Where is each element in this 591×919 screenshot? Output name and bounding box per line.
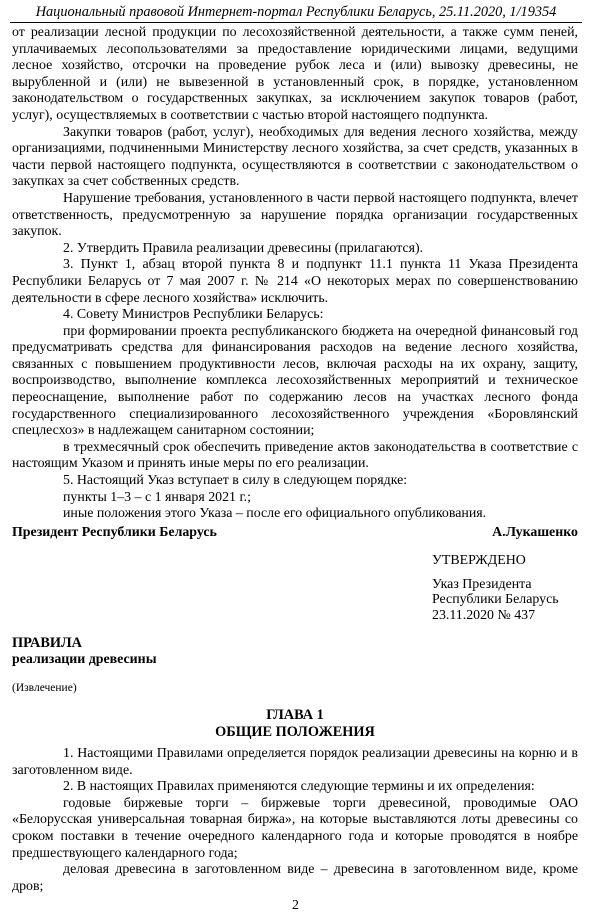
signature-row: Президент Республики Беларусь А.Лукашенк… bbox=[12, 525, 578, 541]
approval-line-1: Указ Президента bbox=[432, 577, 559, 593]
rules-definition-business-wood: деловая древесина в заготовленном виде –… bbox=[12, 862, 578, 895]
chapter-heading: ГЛАВА 1 ОБЩИЕ ПОЛОЖЕНИЯ bbox=[12, 707, 578, 741]
page-number: 2 bbox=[0, 898, 591, 914]
paragraph-item-2: 2. Утвердить Правила реализации древесин… bbox=[12, 241, 578, 258]
header-text: Национальный правовой Интернет-портал Ре… bbox=[36, 4, 557, 20]
paragraph-procurement: Закупки товаров (работ, услуг), необходи… bbox=[12, 125, 578, 191]
page-header: Национальный правовой Интернет-портал Ре… bbox=[10, 4, 582, 23]
approval-line-3: 23.11.2020 № 437 bbox=[432, 608, 559, 624]
rules-title: ПРАВИЛА bbox=[12, 635, 82, 652]
paragraph-item-4-deadline: в трехмесячный срок обеспечить приведени… bbox=[12, 440, 578, 473]
approval-title: УТВЕРЖДЕНО bbox=[432, 553, 559, 569]
paragraph-item-5-other: иные положения этого Указа – после его о… bbox=[12, 506, 578, 523]
rules-definition-annual-trading: годовые биржевые торги – биржевые торги … bbox=[12, 796, 578, 862]
signature-position: Президент Республики Беларусь bbox=[12, 525, 217, 541]
paragraph-item-5-points: пункты 1–3 – с 1 января 2021 г.; bbox=[12, 490, 578, 507]
extract-note: (Извлечение) bbox=[12, 681, 77, 695]
rules-body: 1. Настоящими Правилами определяется пор… bbox=[12, 746, 578, 895]
signature-name: А.Лукашенко bbox=[492, 525, 578, 541]
paragraph-item-4-budget: при формировании проекта республиканског… bbox=[12, 324, 578, 440]
paragraph-item-5: 5. Настоящий Указ вступает в силу в след… bbox=[12, 473, 578, 490]
rules-paragraph-1: 1. Настоящими Правилами определяется пор… bbox=[12, 746, 578, 779]
paragraph-continuation: от реализации лесной продукции по лесохо… bbox=[12, 25, 578, 125]
rules-paragraph-2: 2. В настоящих Правилах применяются след… bbox=[12, 779, 578, 796]
decree-body: от реализации лесной продукции по лесохо… bbox=[12, 25, 578, 523]
paragraph-item-3: 3. Пункт 1, абзац второй пункта 8 и подп… bbox=[12, 257, 578, 307]
approval-stamp: УТВЕРЖДЕНО Указ Президента Республики Бе… bbox=[432, 553, 559, 623]
rules-subtitle: реализации древесины bbox=[12, 652, 157, 668]
chapter-name: ОБЩИЕ ПОЛОЖЕНИЯ bbox=[12, 724, 578, 741]
paragraph-violation: Нарушение требования, установленного в ч… bbox=[12, 191, 578, 241]
chapter-number: ГЛАВА 1 bbox=[12, 707, 578, 724]
paragraph-item-4: 4. Совету Министров Республики Беларусь: bbox=[12, 307, 578, 324]
approval-line-2: Республики Беларусь bbox=[432, 592, 559, 608]
